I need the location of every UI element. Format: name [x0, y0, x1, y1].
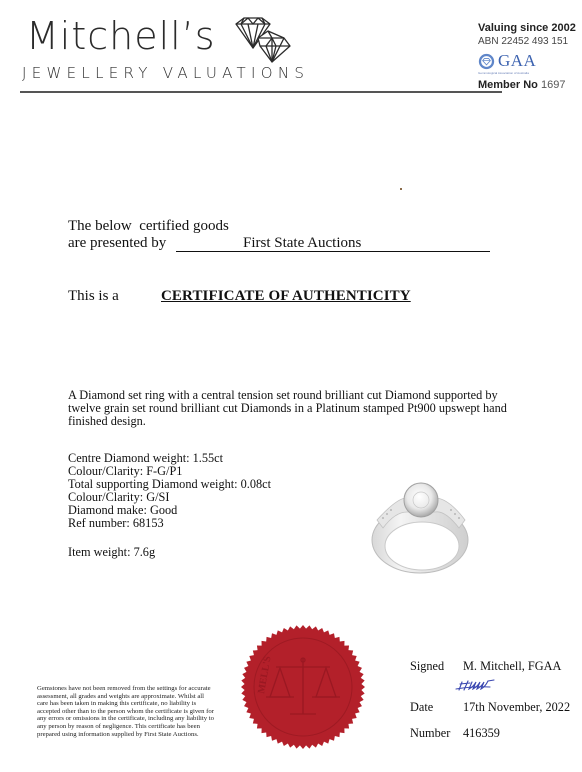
member-number: Member No 1697 [478, 79, 576, 91]
abn-number: ABN 22452 493 151 [478, 35, 576, 48]
item-description: A Diamond set ring with a central tensio… [68, 389, 508, 428]
date-value: 17th November, 2022 [463, 700, 570, 715]
gaa-label: GAA [498, 51, 536, 71]
disclaimer-text: Gemstones have not been removed from the… [37, 685, 215, 738]
certificate-prefix: This is a [68, 288, 119, 305]
gaa-emblem-icon [478, 53, 495, 70]
header-divider [20, 91, 502, 93]
presenter-name: First State Auctions [243, 235, 361, 252]
diamonds-logo-icon [228, 16, 294, 64]
specs-list: Centre Diamond weight: 1.55ct Colour/Cla… [68, 452, 271, 530]
date-label: Date [410, 700, 433, 715]
handwritten-signature [454, 676, 514, 692]
valuing-since: Valuing since 2002 [478, 22, 576, 35]
gaa-tagline: Gemmological Association of Australia [478, 71, 576, 76]
signed-label: Signed [410, 659, 444, 674]
brand-title: Mitchell’s [26, 14, 216, 58]
ring-photo [355, 470, 485, 580]
certificate-title: CERTIFICATE OF AUTHENTICITY [161, 288, 411, 305]
signed-value: M. Mitchell, FGAA [463, 659, 561, 674]
brand-tagline: JEWELLERY VALUATIONS [22, 64, 309, 82]
number-value: 416359 [463, 726, 500, 741]
certified-goods-line: The below certified goods [68, 218, 229, 235]
number-label: Number [410, 726, 450, 741]
gaa-logo: GAA [478, 52, 576, 70]
member-label: Member No [478, 79, 538, 91]
accreditation-block: Valuing since 2002 ABN 22452 493 151 GAA… [478, 22, 576, 91]
spec-ref-number: Ref number: 68153 [68, 517, 271, 530]
item-weight: Item weight: 7.6g [68, 545, 155, 560]
paper-speck [400, 188, 402, 190]
presented-by-label: are presented by [68, 235, 166, 252]
member-number-value: 1697 [541, 79, 565, 91]
red-seal: MELL'S [238, 622, 368, 752]
